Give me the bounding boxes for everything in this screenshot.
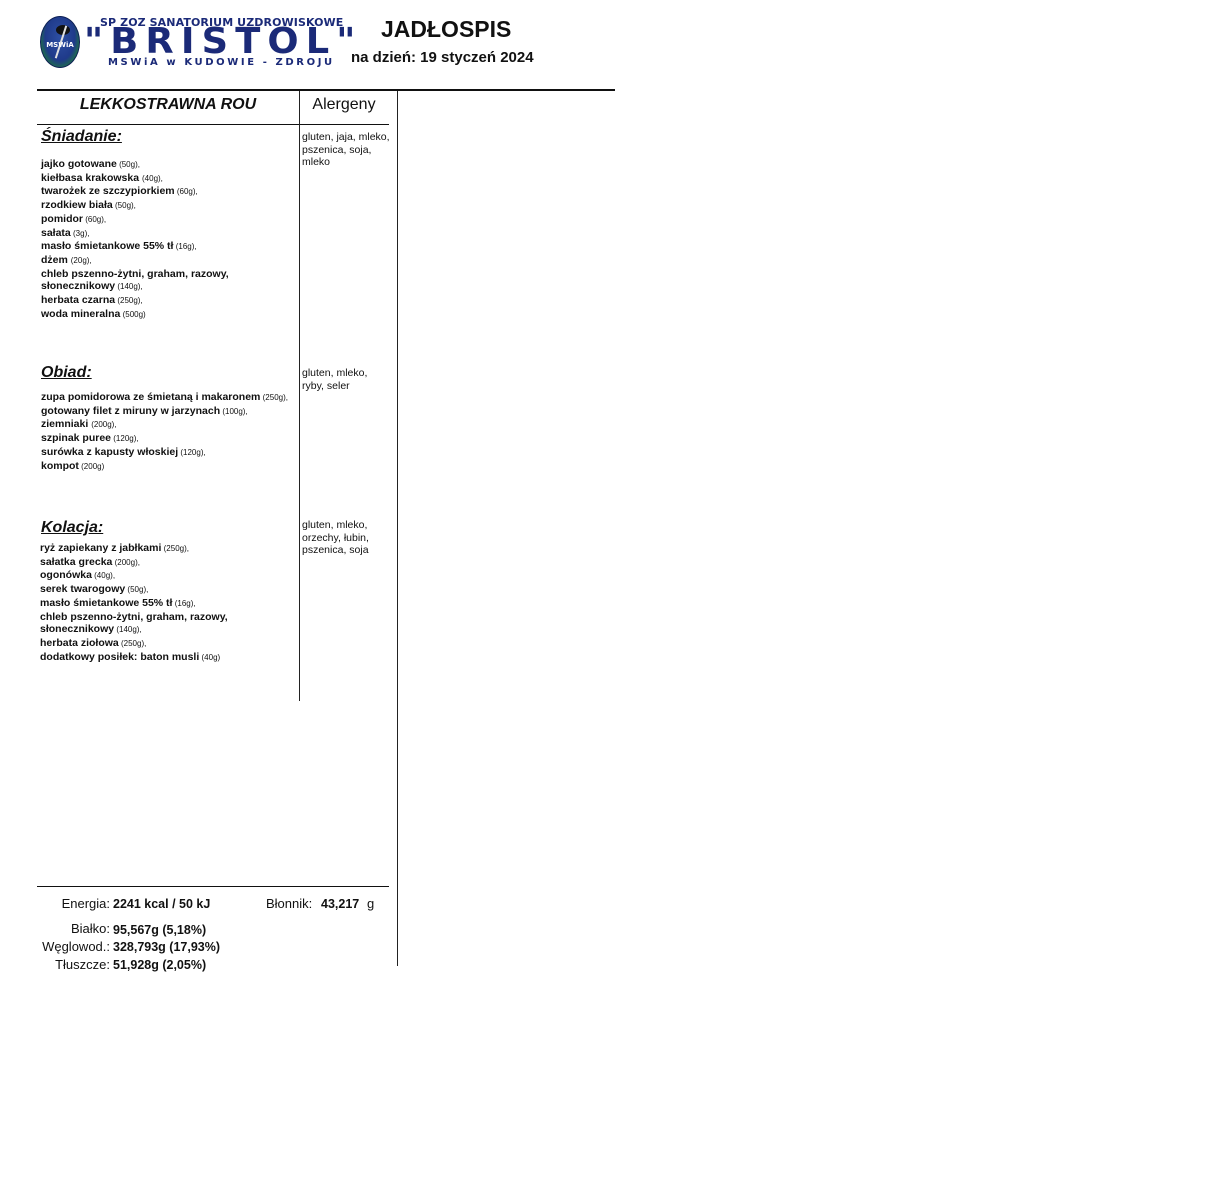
meal-item: słonecznikowy (140g),: [41, 280, 229, 294]
meal-item: dżem (20g),: [41, 254, 229, 268]
protein-label: Białko:: [10, 921, 110, 936]
mswia-emblem-icon: MSWiA: [40, 16, 80, 68]
energy-label: Energia:: [10, 896, 110, 911]
meal-item-name: twarożek ze szczypiorkiem: [41, 185, 175, 197]
meal-title-breakfast: Śniadanie:: [41, 128, 122, 146]
carbs-label: Węglowod.:: [10, 939, 110, 954]
meal-item: serek twarogowy (50g),: [40, 583, 228, 597]
meal-item: masło śmietankowe 55% tł (16g),: [40, 597, 228, 611]
meal-item-name: surówka z kapusty włoskiej: [41, 446, 178, 458]
meal-item-portion: (500g): [120, 310, 145, 319]
meal-item-portion: (200g),: [112, 558, 140, 567]
meal-item-portion: (60g),: [83, 215, 106, 224]
meal-item-portion: (16g),: [173, 242, 196, 251]
allergens-lunch: gluten, mleko, ryby, seler: [302, 367, 390, 392]
meal-item-name: ogonówka: [40, 569, 92, 581]
meal-item: rzodkiew biała (50g),: [41, 199, 229, 213]
meal-item-portion: (50g),: [125, 585, 148, 594]
meal-item-name: sałatka grecka: [40, 556, 112, 568]
meal-item-portion: (250g),: [115, 296, 143, 305]
meal-item-portion: (20g),: [71, 256, 92, 265]
meal-item: kompot (200g): [41, 460, 288, 474]
meal-item-name: woda mineralna: [41, 308, 120, 320]
meal-item-portion: (3g),: [71, 229, 90, 238]
meal-item-portion: (50g),: [113, 201, 136, 210]
column-header-divider: [37, 124, 389, 125]
meal-item-name: dżem: [41, 254, 71, 266]
logo-sub-line: MSWiA w KUDOWIE - ZDROJU: [108, 57, 335, 68]
meal-item-name: gotowany filet z miruny w jarzynach: [41, 405, 220, 417]
meal-item-name: chleb pszenno-żytni, graham, razowy,: [40, 611, 228, 623]
meal-item: dodatkowy posiłek: baton musli (40g): [40, 651, 228, 665]
meal-item-portion: (250g),: [119, 639, 147, 648]
meal-item-portion: (250g),: [161, 544, 189, 553]
meal-item-name: sałata: [41, 227, 71, 239]
allergens-header: Alergeny: [299, 96, 389, 114]
fiber-unit: g: [367, 896, 374, 911]
logo-main-text: "BRISTOL": [84, 22, 363, 62]
allergens-breakfast: gluten, jaja, mleko, pszenica, soja, mle…: [302, 131, 390, 169]
meal-item-name: ziemniaki: [41, 418, 91, 430]
meal-item: jajko gotowane (50g),: [41, 158, 229, 172]
carbs-value: 328,793g (17,93%): [113, 940, 220, 954]
fat-label: Tłuszcze:: [10, 957, 110, 972]
meal-item: szpinak puree (120g),: [41, 432, 288, 446]
meal-item: herbata czarna (250g),: [41, 294, 229, 308]
meal-item: chleb pszenno-żytni, graham, razowy,: [40, 611, 228, 624]
meal-item: sałatka grecka (200g),: [40, 556, 228, 570]
meal-item-portion: (120g),: [178, 448, 206, 457]
meal-item-portion: (140g),: [115, 282, 143, 291]
meal-item-name: rzodkiew biała: [41, 199, 113, 211]
meal-item-name: ryż zapiekany z jabłkami: [40, 542, 161, 554]
meal-item: chleb pszenno-żytni, graham, razowy,: [41, 268, 229, 281]
meal-item-name: masło śmietankowe 55% tł: [41, 240, 173, 252]
meal-item: gotowany filet z miruny w jarzynach (100…: [41, 405, 288, 419]
meal-item: zupa pomidorowa ze śmietaną i makaronem …: [41, 391, 288, 405]
meal-items-breakfast: jajko gotowane (50g),kiełbasa krakowska …: [41, 158, 229, 321]
meal-item-name: słonecznikowy: [40, 623, 114, 635]
document-title: JADŁOSPIS: [381, 16, 511, 43]
meal-item-portion: (100g),: [220, 407, 248, 416]
meal-item-portion: (250g),: [260, 393, 288, 402]
protein-value: 95,567g (5,18%): [113, 923, 206, 937]
menu-date: na dzień: 19 styczeń 2024: [351, 49, 534, 66]
meal-item-name: pomidor: [41, 213, 83, 225]
meal-item: herbata ziołowa (250g),: [40, 637, 228, 651]
meal-item: surówka z kapusty włoskiej (120g),: [41, 446, 288, 460]
meal-item: słonecznikowy (140g),: [40, 623, 228, 637]
meal-item-name: dodatkowy posiłek: baton musli: [40, 651, 199, 663]
meal-item-portion: (40g),: [142, 174, 163, 183]
nutrition-divider: [37, 886, 389, 887]
meal-item-portion: (140g),: [114, 625, 142, 634]
meal-item-name: herbata ziołowa: [40, 637, 119, 649]
meal-item-name: masło śmietankowe 55% tł: [40, 597, 172, 609]
allergens-dinner: gluten, mleko, orzechy, łubin, pszenica,…: [302, 519, 390, 557]
meal-item-name: serek twarogowy: [40, 583, 125, 595]
meal-item-portion: (50g),: [117, 160, 140, 169]
meal-item-name: zupa pomidorowa ze śmietaną i makaronem: [41, 391, 260, 403]
diet-name: LEKKOSTRAWNA ROU: [37, 96, 299, 114]
meal-item: ryż zapiekany z jabłkami (250g),: [40, 542, 228, 556]
meal-item-portion: (60g),: [175, 187, 198, 196]
meal-item-name: kiełbasa krakowska: [41, 172, 142, 184]
emblem-text: MSWiA: [41, 41, 79, 49]
meal-title-lunch: Obiad:: [41, 364, 92, 382]
meal-title-dinner: Kolacja:: [41, 519, 103, 537]
meal-item-name: jajko gotowane: [41, 158, 117, 170]
meal-item: pomidor (60g),: [41, 213, 229, 227]
table-right-border: [397, 91, 398, 966]
meal-item-name: chleb pszenno-żytni, graham, razowy,: [41, 268, 229, 280]
allergen-column-divider: [299, 91, 300, 701]
fat-value: 51,928g (2,05%): [113, 958, 206, 972]
meal-item-portion: (40g): [199, 653, 220, 662]
meal-item-portion: (120g),: [111, 434, 139, 443]
header-divider: [37, 89, 615, 91]
meal-items-lunch: zupa pomidorowa ze śmietaną i makaronem …: [41, 391, 288, 473]
meal-item: masło śmietankowe 55% tł (16g),: [41, 240, 229, 254]
fiber-value: 43,217: [321, 897, 359, 911]
meal-item-portion: (200g): [79, 462, 104, 471]
meal-item: woda mineralna (500g): [41, 308, 229, 322]
meal-item: kiełbasa krakowska (40g),: [41, 172, 229, 186]
meal-item-name: słonecznikowy: [41, 280, 115, 292]
meal-item-portion: (200g),: [91, 420, 116, 429]
fiber-label: Błonnik:: [266, 896, 312, 911]
meal-item-portion: (40g),: [92, 571, 115, 580]
meal-item: ogonówka (40g),: [40, 569, 228, 583]
meal-item: twarożek ze szczypiorkiem (60g),: [41, 185, 229, 199]
meal-item: ziemniaki (200g),: [41, 418, 288, 432]
energy-value: 2241 kcal / 50 kJ: [113, 897, 210, 911]
meal-item-name: kompot: [41, 460, 79, 472]
meal-item-name: herbata czarna: [41, 294, 115, 306]
meal-item-name: szpinak puree: [41, 432, 111, 444]
meal-item-portion: (16g),: [172, 599, 195, 608]
meal-items-dinner: ryż zapiekany z jabłkami (250g),sałatka …: [40, 542, 228, 664]
meal-item: sałata (3g),: [41, 227, 229, 241]
